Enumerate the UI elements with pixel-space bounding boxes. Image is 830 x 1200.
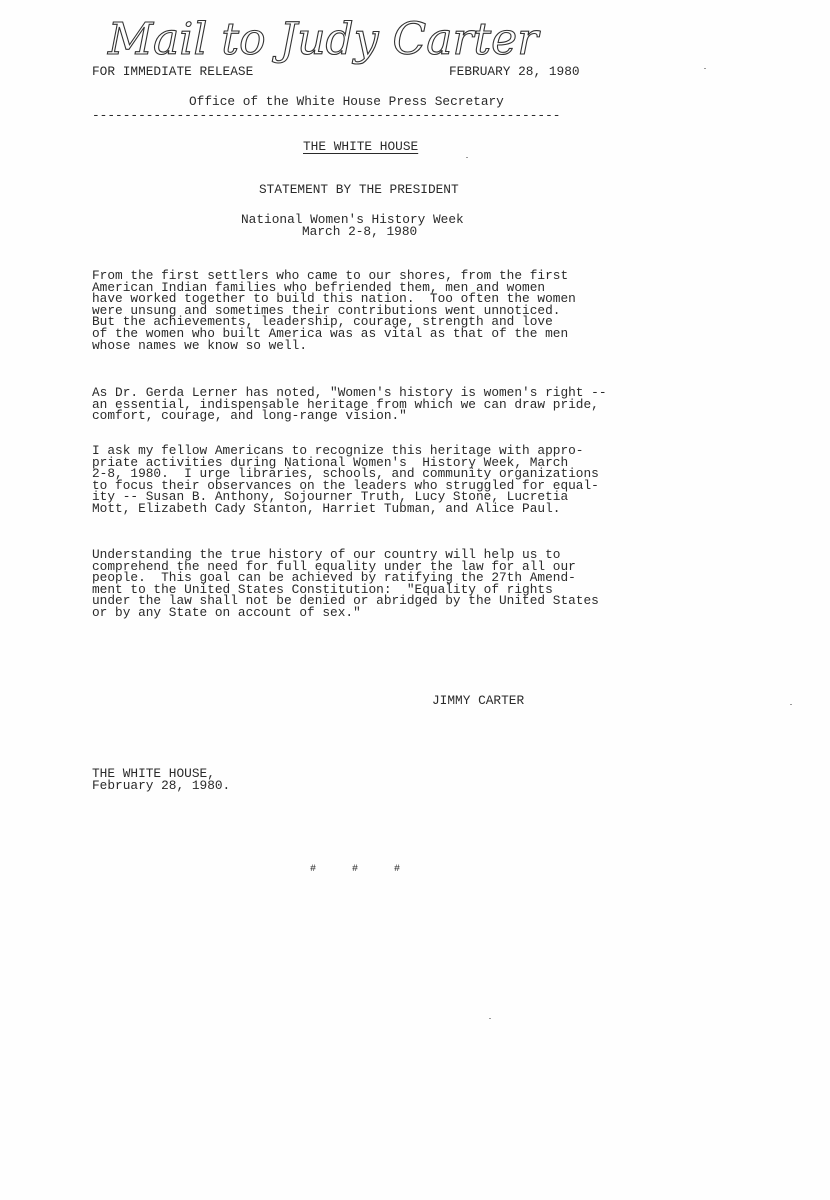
release-date: FEBRUARY 28, 1980 [449, 66, 580, 78]
handwritten-note-text: Mail to Judy Carter [107, 14, 541, 65]
press-office: Office of the White House Press Secretar… [189, 96, 504, 108]
speck-mark [790, 704, 792, 705]
speck-mark [466, 157, 468, 158]
speck-mark [489, 1018, 491, 1019]
header-rule: ----------------------------------------… [92, 110, 560, 122]
body-paragraph-4: Understanding the true history of our co… [92, 549, 599, 619]
body-paragraph-1: From the first settlers who came to our … [92, 270, 576, 351]
body-paragraph-3: I ask my fellow Americans to recognize t… [92, 445, 599, 515]
institution-heading: THE WHITE HOUSE [303, 141, 418, 153]
speck-mark [704, 68, 706, 69]
signature-name: JIMMY CARTER [432, 695, 524, 707]
end-marks: # # # [310, 864, 400, 876]
event-dates: March 2-8, 1980 [302, 226, 417, 238]
body-paragraph-2: As Dr. Gerda Lerner has noted, "Women's … [92, 387, 607, 422]
document-page: Mail to Judy Carter FOR IMMEDIATE RELEAS… [0, 0, 830, 1200]
release-label: FOR IMMEDIATE RELEASE [92, 66, 253, 78]
statement-heading: STATEMENT BY THE PRESIDENT [259, 184, 459, 196]
dateline-date: February 28, 1980. [92, 780, 230, 792]
